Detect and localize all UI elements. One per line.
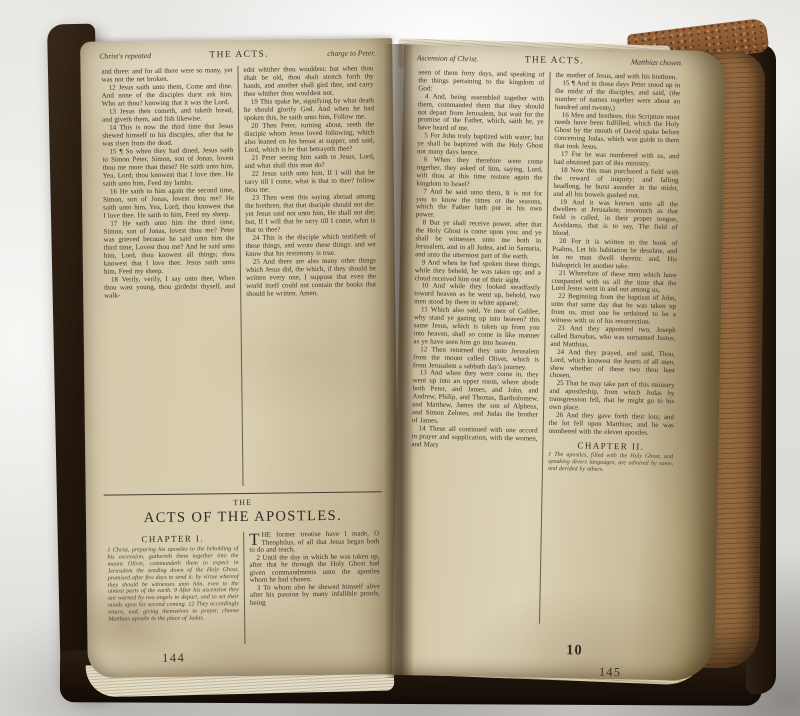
chapter-1-heading: CHAPTER I. <box>107 533 238 545</box>
verse-text: 25 And there are also many other things … <box>246 256 376 298</box>
right-page-number: 145 <box>588 665 632 681</box>
verse-text: 3 To whom also he shewed himself alive a… <box>250 583 380 607</box>
chapter-1-text-column: THE former treatise have I made, O Theop… <box>243 530 385 644</box>
verse-text: and three: and for all there were so man… <box>101 66 232 84</box>
left-page: Christ's repeated THE ACTS. charge to Pe… <box>80 38 400 678</box>
verse-text: 23 Then went this saying abroad among th… <box>245 192 375 234</box>
running-head-center: THE ACTS. <box>209 50 269 61</box>
verse-text: 8 But ye shall receive power, after that… <box>415 219 542 261</box>
verse-text: 18 Now this man purchased a field with t… <box>553 167 679 201</box>
verse-text: 17 He saith unto him the third time, Sim… <box>103 218 235 276</box>
verse-text: THE former treatise have I made, O Theop… <box>249 530 379 554</box>
verse-text: 23 And they appointed two, Joseph called… <box>550 325 675 351</box>
running-head-right: Matthias chosen. <box>631 57 683 67</box>
running-head-left: Ascension of Christ. <box>417 53 479 63</box>
verse-text: 22 Beginning from the baptism of John, u… <box>551 293 677 327</box>
verse-text: seen of them forty days, and speaking of… <box>418 69 544 95</box>
left-running-head: Christ's repeated THE ACTS. charge to Pe… <box>96 48 378 64</box>
verse-text: 25 That he may take part of this ministr… <box>549 380 675 414</box>
running-head-center: THE ACTS. <box>525 55 585 66</box>
left-page-content: Christ's repeated THE ACTS. charge to Pe… <box>96 48 386 669</box>
verse-text: 4 And, being assembled together with the… <box>417 93 544 135</box>
right-page-column-2: the mother of Jesus, and with his brethr… <box>539 72 686 627</box>
verse-text: edst whither thou wouldest: but when tho… <box>243 64 373 98</box>
chapter-1-summary-column: CHAPTER I. 1 Christ, preparing his apost… <box>102 532 244 646</box>
verse-text: 18 Verily, verily, I say unto thee, When… <box>104 274 235 300</box>
left-page-columns: and three: and for all there were so man… <box>96 64 383 487</box>
chapter-1-section: CHAPTER I. 1 Christ, preparing his apost… <box>102 530 385 645</box>
right-page: Ascension of Christ. THE ACTS. Matthias … <box>392 45 726 681</box>
running-head-right: charge to Peter. <box>327 48 375 58</box>
running-head-left: Christ's repeated <box>99 51 151 61</box>
verse-text: 14 This is now the third time that Jesus… <box>102 122 233 148</box>
verse-text: 12 Jesus saith unto them, Come and dine.… <box>102 82 233 108</box>
right-page-column-2-verses: the mother of Jesus, and with his brethr… <box>549 72 681 438</box>
section-rule <box>104 491 382 495</box>
verse-text: 14 These all continued with one accord i… <box>411 425 537 451</box>
verse-text: 13 Jesus then cometh, and taketh bread, … <box>102 106 233 124</box>
verse-text: 20 For it is written in the book of Psal… <box>552 238 678 272</box>
verse-text: 13 And when they were come in, they went… <box>412 370 539 428</box>
verse-text: 20 Then Peter, turning about, seeth the … <box>244 120 374 154</box>
verse-text: 21 Peter seeing him saith to Jesus, Lord… <box>245 152 375 170</box>
verse-text: 15 ¶ So when they had dined, Jesus saith… <box>102 146 233 188</box>
verse-text: 2 Until the day in which he was taken up… <box>249 553 379 585</box>
chapter-1-summary: 1 Christ, preparing his apostles to the … <box>107 546 239 624</box>
verse-text: 19 And it was known unto all the dweller… <box>552 198 678 240</box>
verse-text: 24 And they prayed, and said, Thou, Lord… <box>550 349 676 383</box>
verse-text: 26 And they gave forth their lots; and t… <box>549 412 674 438</box>
right-page-column-1: seen of them forty days, and speaking of… <box>403 69 550 624</box>
verse-text: 16 Men and brethren, this Scripture must… <box>554 111 680 153</box>
verse-text: 15 ¶ And in those days Peter stood up in… <box>555 80 681 114</box>
verse-text: 11 Which also said, Ye men of Galilee, w… <box>413 306 540 348</box>
verse-text: 24 This is the disciple which testifieth… <box>245 232 375 258</box>
verse-text: 22 Jesus saith unto him, If I will that … <box>245 168 375 194</box>
left-page-number: 144 <box>150 651 198 667</box>
left-page-column-1: and three: and for all there were so man… <box>96 66 242 488</box>
chapter-2-heading: CHAPTER II. <box>548 440 673 452</box>
right-running-head: Ascension of Christ. THE ACTS. Matthias … <box>414 53 686 71</box>
verse-text: 16 He saith to him again the second time… <box>103 186 234 220</box>
chapter-2-summary: 1 The apostles, filled with the Holy Gho… <box>548 451 673 474</box>
verse-text: 6 When they therefore were come together… <box>416 156 543 190</box>
signature-mark: 10 <box>556 642 592 660</box>
right-page-columns: seen of them forty days, and speaking of… <box>403 69 686 626</box>
book-title-main: ACTS OF THE APOSTLES. <box>102 507 384 527</box>
photo-of-open-bible: Christ's repeated THE ACTS. charge to Pe… <box>0 0 800 716</box>
right-page-content: Ascension of Christ. THE ACTS. Matthias … <box>402 53 685 654</box>
verse-text: 7 And he said unto them, It is not for y… <box>416 188 543 222</box>
left-page-column-2: edst whither thou wouldest: but when tho… <box>237 64 383 486</box>
verse-text: 19 This spake he, signifying by what dea… <box>244 96 374 122</box>
